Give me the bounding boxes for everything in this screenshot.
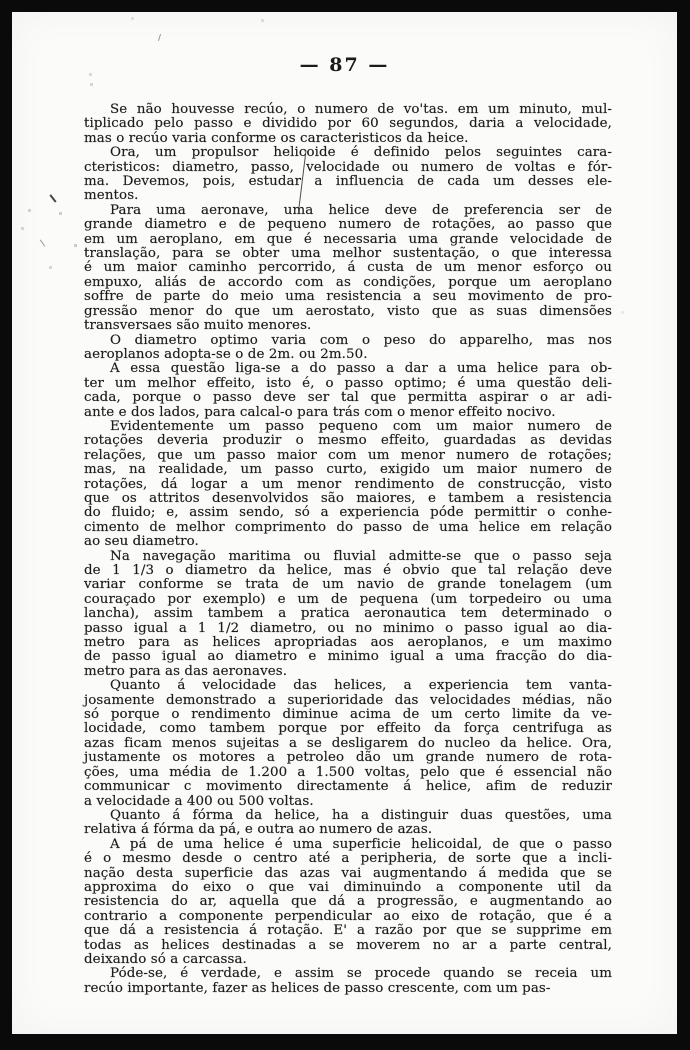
text-line: relativa á fórma da pá, e outra ao numer…	[84, 823, 612, 837]
text-line: cteristicos: diametro, passo, velocidade…	[84, 161, 612, 175]
paragraph: Ora, um propulsor helicoide é definido p…	[84, 146, 612, 204]
text-line: Para uma aeronave, uma helice deve de pr…	[84, 204, 612, 218]
scan-mark-artifact	[40, 239, 46, 246]
text-line: a velocidade a 400 ou 500 voltas.	[84, 795, 612, 809]
text-line: couraçado por exemplo) e um de pequena (…	[84, 593, 612, 607]
scan-background: — 87 — Se não houvesse recúo, o numero d…	[0, 0, 690, 1050]
text-line: nação desta superficie das azas vai augm…	[84, 867, 612, 881]
text-line: de passo igual ao diametro e minimo igua…	[84, 650, 612, 664]
page-number: — 87 —	[12, 54, 677, 76]
text-line: A essa questão liga-se a do passo a dar …	[84, 362, 612, 376]
text-line: rotações, dá logar a um menor rendimento…	[84, 478, 612, 492]
text-line: ante e dos lados, para calcal-o para trá…	[84, 406, 612, 420]
paragraph: Para uma aeronave, uma helice deve de pr…	[84, 204, 612, 334]
text-line: Evidentemente um passo pequeno com um ma…	[84, 420, 612, 434]
text-line: A pá de uma helice é uma superficie heli…	[84, 838, 612, 852]
text-line: metro para as helices apropriadas aos ae…	[84, 636, 612, 650]
text-line: tiplicado pelo passo e dividido por 60 s…	[84, 117, 612, 131]
text-block: Se não houvesse recúo, o numero de vo'ta…	[84, 103, 612, 996]
text-line: ao seu diametro.	[84, 535, 612, 549]
text-line: ma. Devemos, pois, estudar a influencia …	[84, 175, 612, 189]
paragraph: A essa questão liga-se a do passo a dar …	[84, 362, 612, 420]
text-line: cimento de melhor comprimento do passo d…	[84, 521, 612, 535]
text-line: que dá a resistencia á rotação. E' a raz…	[84, 924, 612, 938]
text-line: de 1 1/3 o diametro da helice, mas é obv…	[84, 564, 612, 578]
text-line: contrario a componente perpendicular ao …	[84, 910, 612, 924]
text-line: gressão menor do que um aerostato, visto…	[84, 305, 612, 319]
paragraph: Se não houvesse recúo, o numero de vo'ta…	[84, 103, 612, 146]
text-line: Se não houvesse recúo, o numero de vo'ta…	[84, 103, 612, 117]
text-line: cada, porque o passo deve ser tal que pe…	[84, 391, 612, 405]
text-line: variar conforme se trata de um navio de …	[84, 578, 612, 592]
paragraph: Na navegação maritima ou fluvial admitte…	[84, 550, 612, 680]
scan-noise-specks	[12, 12, 13, 13]
text-line: azas ficam menos sujeitas a se desligare…	[84, 737, 612, 751]
text-line: justamente os motores a petroleo dão um …	[84, 751, 612, 765]
text-line: ter um melhor effeito, isto é, o passo o…	[84, 377, 612, 391]
text-line: locidade, como tambem porque por effeito…	[84, 722, 612, 736]
text-line: Na navegação maritima ou fluvial admitte…	[84, 550, 612, 564]
paragraph: Quanto á fórma da helice, ha a distingui…	[84, 809, 612, 838]
text-line: passo igual a 1 1/2 diametro, ou no mini…	[84, 622, 612, 636]
paragraph: Quanto á velocidade das helices, a exper…	[84, 679, 612, 809]
text-line: todas as helices destinadas a se moverem…	[84, 939, 612, 953]
text-line: Póde-se, é verdade, e assim se procede q…	[84, 967, 612, 981]
text-line: communicar c movimento directamente á he…	[84, 780, 612, 794]
paragraph: Póde-se, é verdade, e assim se procede q…	[84, 967, 612, 996]
text-line: lancha), assim tambem a pratica aeronaut…	[84, 607, 612, 621]
text-line: ções, uma média de 1.200 a 1.500 voltas,…	[84, 766, 612, 780]
text-line: resistencia do ar, aquella que dá a prog…	[84, 895, 612, 909]
text-line: mas, na realidade, um passo curto, exigi…	[84, 463, 612, 477]
paragraph: O diametro optimo varia com o peso do ap…	[84, 334, 612, 363]
text-line: é um maior caminho percorrido, á custa d…	[84, 261, 612, 275]
text-line: mentos.	[84, 189, 612, 203]
text-line: Ora, um propulsor helicoide é definido p…	[84, 146, 612, 160]
scan-mark-artifact	[49, 194, 56, 202]
text-line: do fluido; e, assim sendo, só a experien…	[84, 506, 612, 520]
text-line: é o mesmo desde o centro até a peripheri…	[84, 852, 612, 866]
text-line: rotações deveria produzir o mesmo effeit…	[84, 434, 612, 448]
text-line: relações, que um passo maior com um meno…	[84, 449, 612, 463]
text-line: Quanto á velocidade das helices, a exper…	[84, 679, 612, 693]
paragraph: Evidentemente um passo pequeno com um ma…	[84, 420, 612, 550]
paragraph: A pá de uma helice é uma superficie heli…	[84, 838, 612, 968]
text-line: grande diametro e de pequeno numero de r…	[84, 218, 612, 232]
text-line: josamente demonstrado a superioridade da…	[84, 694, 612, 708]
text-line: soffre de parte do meio uma resistencia …	[84, 290, 612, 304]
book-page: — 87 — Se não houvesse recúo, o numero d…	[12, 12, 677, 1034]
scan-mark-artifact	[158, 34, 161, 41]
text-line: transversaes são muito menores.	[84, 319, 612, 333]
text-line: empuxo, aliás de accordo com as condiçõe…	[84, 276, 612, 290]
text-line: O diametro optimo varia com o peso do ap…	[84, 334, 612, 348]
text-line: só porque o rendimento diminue acima de …	[84, 708, 612, 722]
text-line: recúo importante, fazer as helices de pa…	[84, 982, 612, 996]
text-line: em um aeroplano, em que é necessaria uma…	[84, 233, 612, 247]
text-line: aeroplanos adopta-se o de 2m. ou 2m.50.	[84, 348, 612, 362]
